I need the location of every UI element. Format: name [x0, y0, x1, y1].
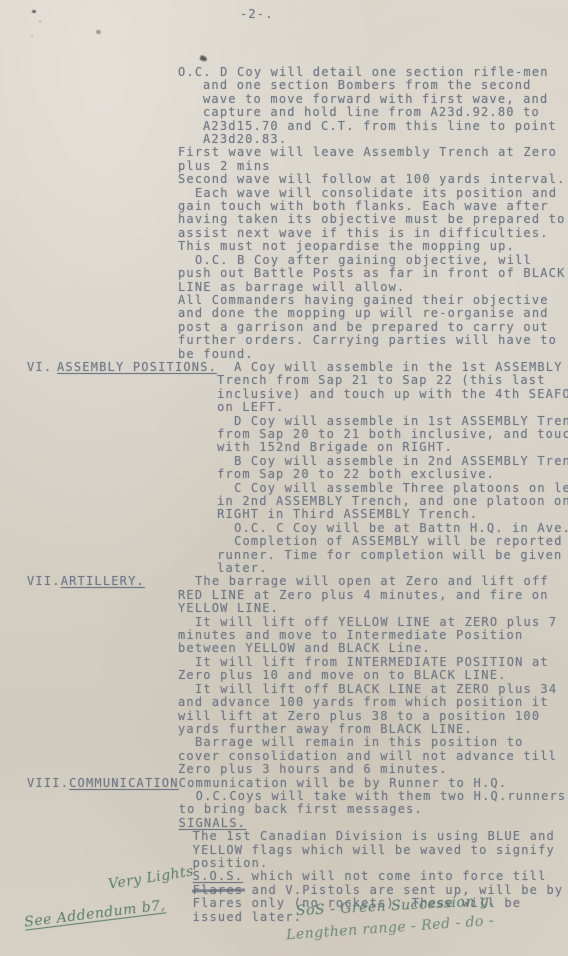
document-body: O.C. D Coy will detail one section rifle… [0, 66, 568, 924]
ink-speck [32, 10, 36, 13]
text-run: It will lift from INTERMEDIATE POSITION … [178, 655, 549, 682]
section-row: O.C. D Coy will detail one section rifle… [0, 66, 568, 361]
text-run: Barrage will remain in this position to … [178, 735, 557, 776]
text-run: O.C. D Coy will detail one section rifle… [178, 65, 557, 146]
text-run: O.C. B Coy after gaining objective, will… [178, 253, 566, 294]
text-run: It will lift off BLACK LINE at ZERO plus… [178, 682, 557, 736]
section-row: VI.ASSEMBLY POSITIONS.A Coy will assembl… [0, 361, 568, 576]
paragraph: It will lift from INTERMEDIATE POSITION … [178, 656, 568, 683]
section-label-cell: VII.ARTILLERY. [0, 575, 178, 588]
section-label-cell: VIII.COMMUNICATION [0, 777, 179, 790]
underlined-text: SIGNALS. [179, 816, 246, 830]
paragraph: D Coy will assemble in 1st ASSEMBLY Tren… [217, 415, 568, 455]
section-text: A Coy will assemble in the 1st ASSEMBLY … [217, 361, 568, 576]
paragraph: Second wave will follow at 100 yards int… [178, 173, 568, 186]
text-run: Communication will be by Runner to H.Q. [179, 776, 508, 790]
paragraph: First wave will leave Assembly Trench at… [178, 146, 568, 173]
text-run: C Coy will assemble Three platoons on le… [217, 481, 568, 522]
text-run: First wave will leave Assembly Trench at… [178, 145, 557, 172]
paragraph: A Coy will assemble in the 1st ASSEMBLY … [217, 361, 568, 415]
paragraph: S.O.S. which will not come into force ti… [193, 870, 568, 924]
paragraph: Barrage will remain in this position to … [178, 736, 568, 776]
text-run: Completion of ASSEMBLY will be reported … [217, 534, 568, 575]
paragraph: Communication will be by Runner to H.Q. [179, 777, 568, 790]
paragraph: O.C. D Coy will detail one section rifle… [178, 66, 568, 146]
paragraph: It will lift off BLACK LINE at ZERO plus… [178, 683, 568, 737]
paragraph: O.C. B Coy after gaining objective, will… [178, 254, 568, 294]
section-heading: ARTILLERY. [61, 574, 145, 588]
ink-speck [199, 55, 207, 62]
section-number: VI. [27, 361, 57, 374]
paragraph: The barrage will open at Zero and lift o… [178, 575, 568, 615]
paragraph: Completion of ASSEMBLY will be reported … [217, 535, 568, 575]
text-run: A Coy will assemble in the 1st ASSEMBLY … [217, 360, 568, 414]
document-page: -2-. O.C. D Coy will detail one section … [0, 0, 568, 956]
section-heading: ASSEMBLY POSITIONS. [57, 360, 217, 374]
text-run: Each wave will consolidate its position … [178, 186, 566, 254]
text-run: B Coy will assemble in 2nd ASSEMBLY Tren… [217, 454, 568, 481]
section-text: O.C. D Coy will detail one section rifle… [178, 66, 568, 361]
underlined-text: S.O.S. [193, 869, 244, 883]
paragraph: The 1st Canadian Division is using BLUE … [193, 830, 568, 870]
page-number: -2-. [240, 8, 274, 21]
paragraph: It will lift off YELLOW LINE at ZERO plu… [178, 616, 568, 656]
paragraph: C Coy will assemble Three platoons on le… [217, 482, 568, 522]
paragraph: All Commanders having gained their objec… [178, 294, 568, 361]
text-run: The 1st Canadian Division is using BLUE … [193, 829, 555, 870]
text-run: All Commanders having gained their objec… [178, 293, 557, 361]
text-run: Second wave will follow at 100 yards int… [178, 172, 566, 186]
text-run: The barrage will open at Zero and lift o… [178, 574, 549, 615]
section-row: VII.ARTILLERY.The barrage will open at Z… [0, 575, 568, 776]
paragraph: B Coy will assemble in 2nd ASSEMBLY Tren… [217, 455, 568, 482]
struck-out-text: Flares [193, 883, 244, 897]
text-run: It will lift off YELLOW LINE at ZERO plu… [178, 615, 557, 656]
text-run: O.C. C Coy will be at Battn H.Q. in Ave.… [234, 521, 568, 535]
section-text: The barrage will open at Zero and lift o… [178, 575, 568, 776]
paragraph: Each wave will consolidate its position … [178, 187, 568, 254]
text-run: which will not come into force till [243, 869, 546, 883]
paragraph: O.C.Coys will take with them two H.Q.run… [179, 790, 568, 817]
section-number: VII. [27, 575, 61, 588]
section-label-cell: VI.ASSEMBLY POSITIONS. [0, 361, 217, 374]
section-heading: COMMUNICATION [69, 776, 179, 790]
section-number: VIII. [27, 777, 69, 790]
text-run: D Coy will assemble in 1st ASSEMBLY Tren… [217, 414, 568, 455]
text-run: O.C.Coys will take with them two H.Q.run… [179, 789, 567, 816]
ink-speck [96, 30, 101, 34]
